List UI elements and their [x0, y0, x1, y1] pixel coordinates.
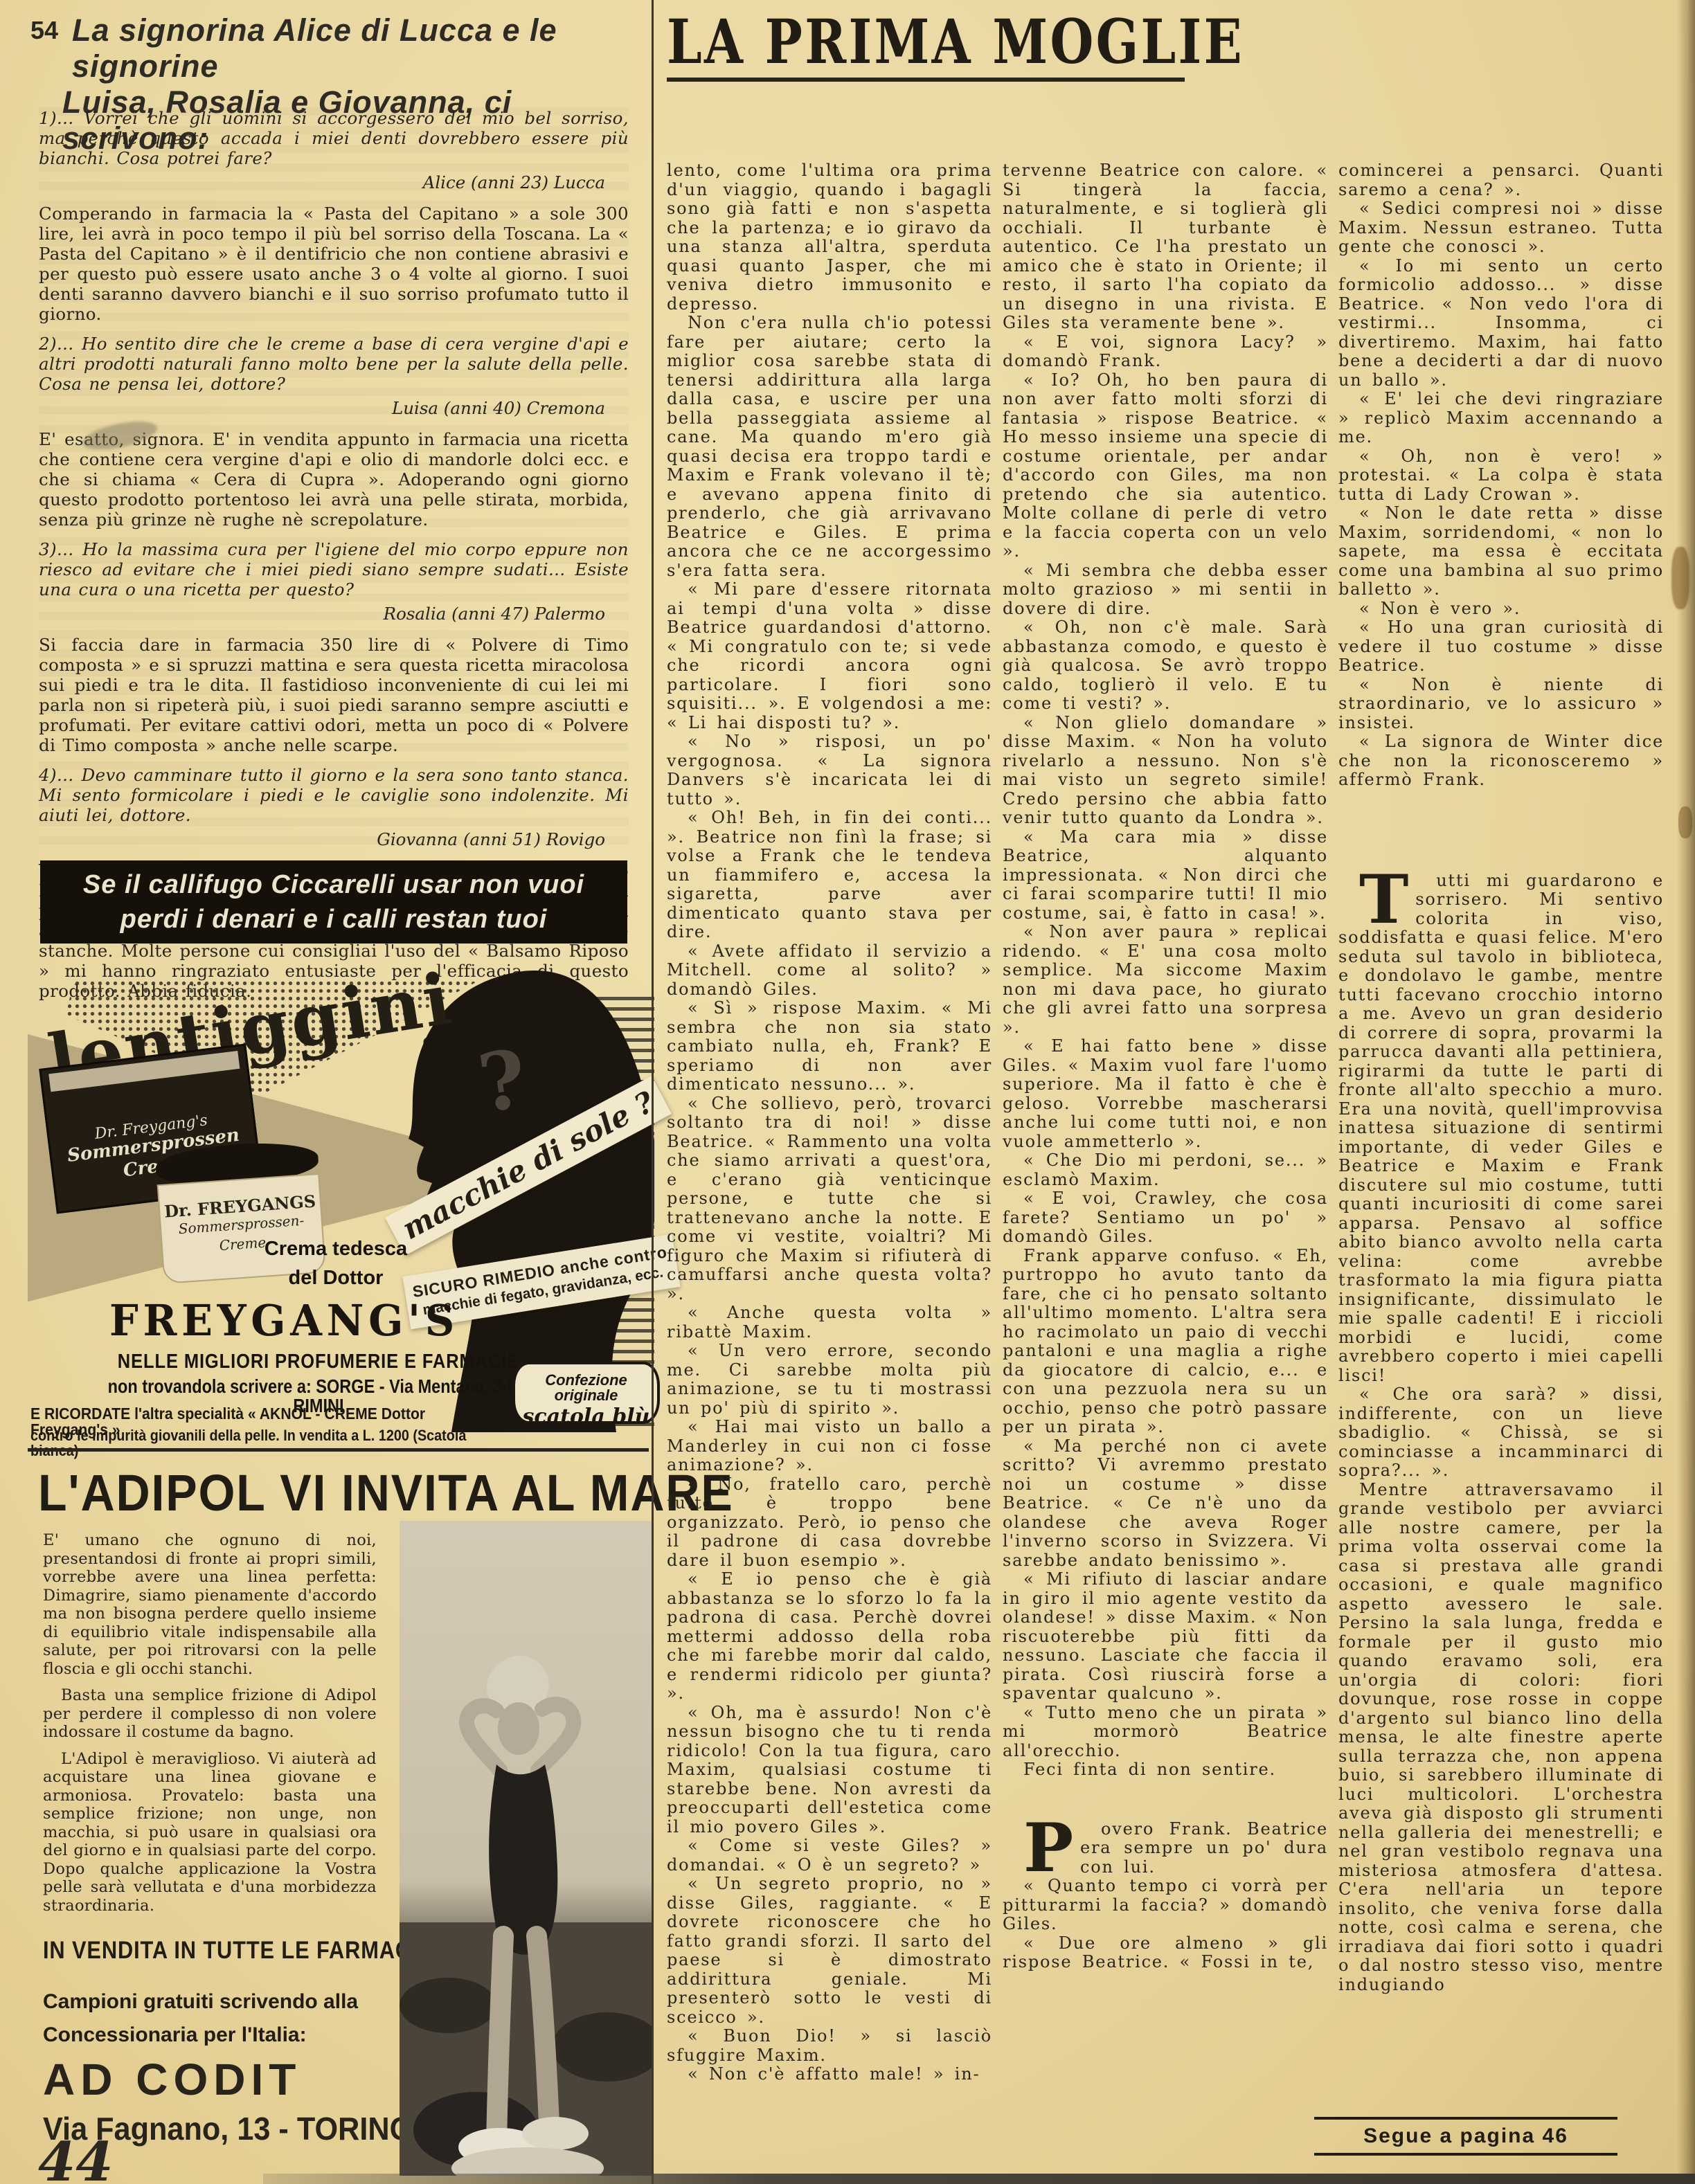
paragraph: « Mi sembra che debba esser molto grazio… — [1003, 561, 1328, 619]
paragraph: « E voi, signora Lacy? » domandò Frank. — [1003, 333, 1328, 371]
adipol-samples-line2: Concessionaria per l'Italia: — [43, 2019, 389, 2052]
paragraph: « Che Dio mi perdoni, se... » esclamò Ma… — [1003, 1151, 1328, 1189]
paragraph: Basta una semplice frizione di Adipol pe… — [43, 1686, 377, 1742]
paragraph: comincerei a pensarci. Quanti saremo a c… — [1338, 161, 1664, 199]
ciccarelli-ad: Se il callifugo Ciccarelli usar non vuoi… — [40, 860, 627, 944]
paragraph: « Due ore almeno » gli rispose Beatrice.… — [1003, 1934, 1328, 1972]
paragraph: « Quanto tempo ci vorrà per pitturarmi l… — [1003, 1877, 1328, 1934]
paragraph: « Non le date retta » disse Maxim, sorri… — [1338, 504, 1664, 599]
paragraph: « Sedici compresi noi » disse Maxim. Nes… — [1338, 199, 1664, 257]
paragraph: tervenne Beatrice con calore. « Si tinge… — [1003, 161, 1328, 333]
tagline-line1: Crema tedesca — [256, 1234, 415, 1263]
paragraph: lento, come l'ultima ora prima d'un viag… — [667, 161, 992, 314]
paragraph: « Oh! Beh, in fin dei conti... ». Beatri… — [667, 809, 992, 942]
letter-signature: Alice (anni 23) Lucca — [39, 172, 629, 192]
paragraph: « E' lei che devi ringraziare » replicò … — [1338, 390, 1664, 447]
paragraph: « E hai fatto bene » disse Giles. « Maxi… — [1003, 1037, 1328, 1151]
dropcap-letter: T — [1338, 872, 1415, 924]
freygang-tagline: Crema tedesca del Dottor — [256, 1234, 415, 1292]
paragraph: « Avete affidato il servizio a Mitchell.… — [667, 942, 992, 1000]
paragraph: « La signora de Winter dice che non la r… — [1338, 732, 1664, 790]
dropcap-paragraph: Povero Frank. Beatrice era sempre un po'… — [1003, 1820, 1328, 1877]
dropcap-letter: P — [1003, 1820, 1080, 1872]
paragraph: « No, fratello caro, perchè tutto è trop… — [667, 1475, 992, 1571]
page-bottom-edge — [263, 2174, 1695, 2184]
story-column-2: tervenne Beatrice con calore. « Si tinge… — [1003, 161, 1328, 1972]
paragraph: Frank apparve confuso. « Eh, purtroppo h… — [1003, 1247, 1328, 1437]
paragraph: « Oh, non c'è male. Sarà abbastanza como… — [1003, 618, 1328, 714]
continuation-notice: Segue a pagina 46 — [1314, 2117, 1617, 2156]
continuation-text: Segue a pagina 46 — [1314, 2120, 1617, 2153]
paragraph: « Che sollievo, però, trovarci soltanto … — [667, 1094, 992, 1304]
badge-line2: scatola blù — [515, 1403, 657, 1430]
swimsuit-woman-figure — [400, 1521, 653, 2176]
page-number-top: 54 — [30, 18, 58, 43]
paragraph: « Oh, non è vero! » protestai. « La colp… — [1338, 447, 1664, 505]
paragraph: « Che ora sarà? » dissi, indifferente, c… — [1338, 1385, 1664, 1481]
paragraph: « Mi rifiuto di lasciar andare in giro i… — [1003, 1570, 1328, 1704]
paragraph: « Un vero errore, secondo me. Ci sarebbe… — [667, 1342, 992, 1418]
magazine-page: 54 La signorina Alice di Lucca e le sign… — [0, 0, 1695, 2184]
paragraph: Mentre attraversavamo il grande vestibol… — [1338, 1481, 1664, 1995]
letter-signature: Luisa (anni 40) Cremona — [39, 398, 629, 418]
paragraph: E' umano che ognuno di noi, presentandos… — [43, 1531, 377, 1678]
page-edge-shadow — [1677, 0, 1695, 2184]
freygang-footer-line2: contro le impurità giovanili della pelle… — [30, 1428, 479, 1459]
story-column-3-top: comincerei a pensarci. Quanti saremo a c… — [1338, 161, 1664, 790]
paragraph: « Non glielo domandare » disse Maxim. « … — [1003, 714, 1328, 828]
dropcap-text: utti mi guardarono e sorrisero. Mi senti… — [1338, 871, 1664, 1385]
doctor-answer: Comperando in farmacia la « Pasta del Ca… — [39, 204, 629, 324]
letter-signature: Giovanna (anni 51) Rovigo — [39, 829, 629, 849]
tagline-line2: del Dottor — [256, 1263, 415, 1292]
story-column-2-top: tervenne Beatrice con calore. « Si tinge… — [1003, 161, 1328, 1780]
section-divider-rule — [28, 1448, 649, 1452]
paragraph: « Ma perché non ci avete scritto? Vi avr… — [1003, 1437, 1328, 1571]
paragraph: « Io mi sento un certo formicolio addoss… — [1338, 257, 1664, 390]
paragraph: « Non è niente di straordinario, ve lo a… — [1338, 676, 1664, 733]
adipol-body-text: E' umano che ognuno di noi, presentandos… — [43, 1531, 377, 1923]
story-column-1: lento, come l'ultima ora prima d'un viag… — [667, 161, 992, 2084]
paragraph: « E io penso che è già abbastanza se lo … — [667, 1570, 992, 1704]
letter-question: 4)... Devo camminare tutto il giorno e l… — [39, 765, 629, 825]
paragraph: « E voi, Crawley, che cosa farete? Senti… — [1003, 1189, 1328, 1247]
story-column-3: comincerei a pensarci. Quanti saremo a c… — [1338, 161, 1664, 1994]
paragraph: « Oh, ma è assurdo! Non c'è nessun bisog… — [667, 1704, 992, 1837]
paragraph: Non c'era nulla ch'io potessi fare per a… — [667, 314, 992, 580]
dropcap-paragraph: Tutti mi guardarono e sorrisero. Mi sent… — [1338, 872, 1664, 1386]
letter-question: 1)... Vorrei che gli uomini si accorgess… — [39, 108, 629, 168]
freygang-ad: lentiggini ? Dr. Freygang's Sommerspross… — [28, 959, 654, 1443]
ciccarelli-slogan-line2: perdi i denari e i calli restan tuoi — [120, 902, 548, 937]
ciccarelli-slogan-line1: Se il callifugo Ciccarelli usar non vuoi — [83, 867, 584, 902]
paragraph: « Sì » rispose Maxim. « Mi sembra che no… — [667, 999, 992, 1094]
freygang-distribution: NELLE MIGLIORI PROFUMERIE E FARMACIE — [118, 1352, 520, 1372]
paragraph: L'Adipol è meraviglioso. Vi aiuterà ad a… — [43, 1750, 377, 1915]
continuation-rule-bottom — [1314, 2153, 1617, 2156]
paragraph: « Non c'è affatto male! » in- — [667, 2065, 992, 2084]
paragraph: « Come si veste Giles? » domandai. « O è… — [667, 1836, 992, 1875]
page-number-bottom: 44 — [38, 2136, 114, 2184]
adipol-concessionaire: AD CODIT — [43, 2057, 301, 2102]
adipol-availability: IN VENDITA IN TUTTE LE FARMACIE — [43, 1938, 433, 1962]
freygang-brand: FREYGANG'S — [109, 1299, 459, 1342]
letter-question: 2)... Ho sentito dire che le creme a bas… — [39, 334, 629, 394]
paragraph: « Anche questa volta » ribattè Maxim. — [667, 1303, 992, 1342]
paragraph: « Hai mai visto un ballo a Manderley in … — [667, 1418, 992, 1475]
story-column-3-bottom: « Che ora sarà? » dissi, indifferente, c… — [1338, 1385, 1664, 1994]
column-divider-rule — [652, 0, 654, 2184]
adipol-samples-line1: Campioni gratuiti scrivendo alla — [43, 1985, 389, 2019]
doctor-answer: Si faccia dare in farmacia 350 lire di «… — [39, 635, 629, 755]
advice-header-line1: La signorina Alice di Lucca e le signori… — [72, 12, 647, 84]
badge-line1: Confezione originale — [515, 1373, 657, 1403]
paragraph: « Non aver paura » replicai ridendo. « E… — [1003, 923, 1328, 1037]
adipol-samples: Campioni gratuiti scrivendo alla Concess… — [43, 1985, 389, 2052]
paragraph: « Buon Dio! » si lasciò sfuggire Maxim. — [667, 2027, 992, 2065]
paragraph: « Tutto meno che un pirata » mi mormorò … — [1003, 1704, 1328, 1761]
paragraph: « Io? Oh, ho ben paura di non aver fatto… — [1003, 371, 1328, 561]
story-title: LA PRIMA MOGLIE — [667, 11, 1244, 72]
paragraph: « Non è vero ». — [1338, 599, 1664, 619]
letter-signature: Rosalia (anni 47) Palermo — [39, 604, 629, 624]
package-badge: Confezione originale scatola blù — [512, 1362, 660, 1424]
paragraph: « Un segreto proprio, no » disse Giles, … — [667, 1875, 992, 2027]
dropcap-text: overo Frank. Beatrice era sempre un po' … — [1080, 1819, 1328, 1877]
paragraph: « Ma cara mia » disse Beatrice, alquanto… — [1003, 828, 1328, 923]
paragraph: « Mi pare d'essere ritornata ai tempi d'… — [667, 580, 992, 732]
paragraph: Feci finta di non sentire. — [1003, 1760, 1328, 1780]
story-title-underline — [667, 78, 1185, 82]
letter-question: 3)... Ho la massima cura per l'igiene de… — [39, 539, 629, 599]
swimsuit-photo — [400, 1521, 653, 2176]
adipol-headline: L'ADIPOL VI INVITA AL MARE — [38, 1468, 602, 1519]
story-column-2-bottom: « Quanto tempo ci vorrà per pitturarmi l… — [1003, 1877, 1328, 1972]
paragraph: « No » risposi, un po' vergognosa. « La … — [667, 732, 992, 809]
paragraph: « Ho una gran curiosità di vedere il tuo… — [1338, 618, 1664, 676]
